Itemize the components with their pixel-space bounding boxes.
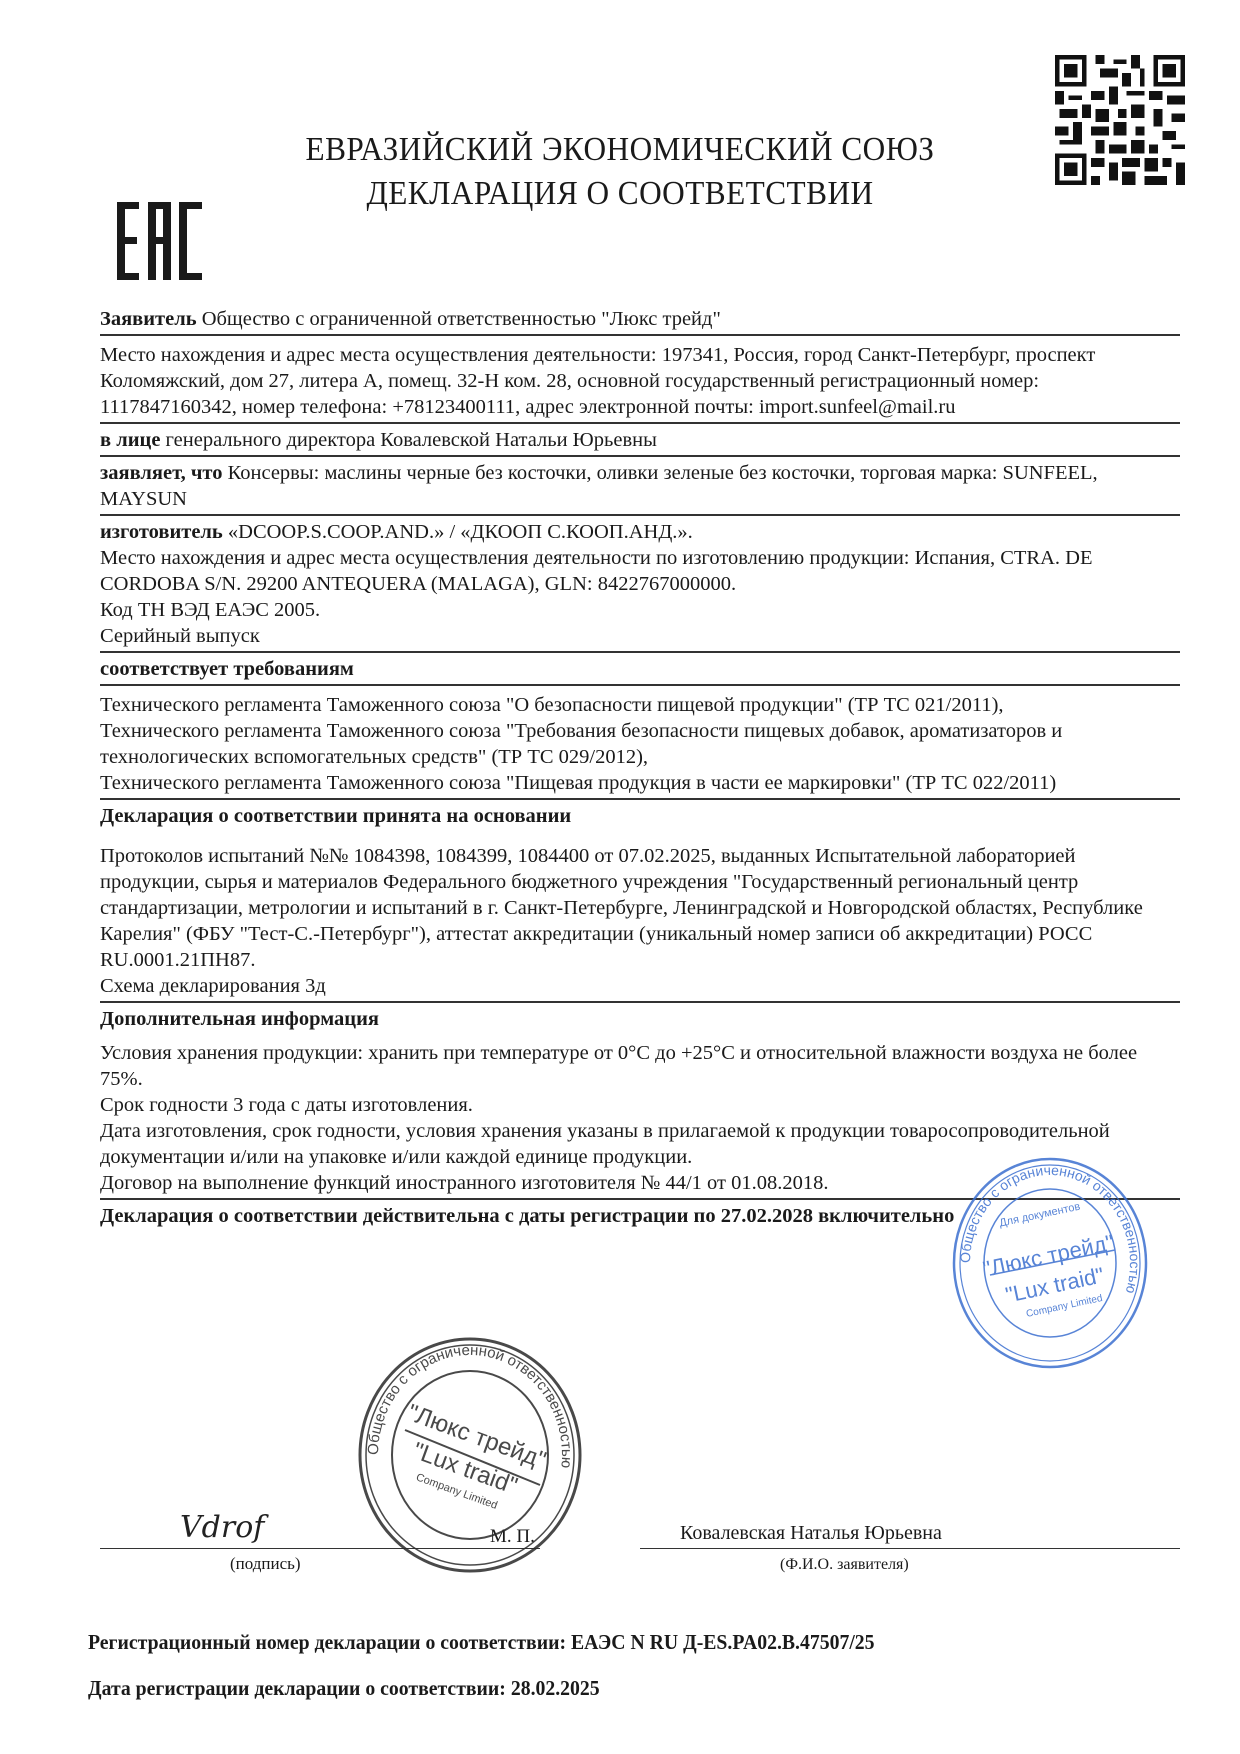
registration-number-label: Регистрационный номер декларации о соотв… (88, 1630, 566, 1654)
applicant-address-section: Место нахождения и адрес места осуществл… (100, 336, 1180, 424)
registration-date-line: Дата регистрации декларации о соответств… (88, 1676, 600, 1701)
additional-label-section: Дополнительная информация (100, 1003, 1180, 1034)
declaration-body: Заявитель Общество с ограниченной ответс… (100, 303, 1180, 1231)
basis-label: Декларация о соответствии принята на осн… (100, 803, 1180, 829)
conformity-label-section: соответствует требованиям (100, 653, 1180, 686)
name-caption: (Ф.И.О. заявителя) (780, 1556, 909, 1574)
document-title: ЕВРАЗИЙСКИЙ ЭКОНОМИЧЕСКИЙ СОЮЗ ДЕКЛАРАЦИ… (50, 128, 1191, 216)
registration-date-label: Дата регистрации декларации о соответств… (88, 1676, 506, 1700)
declares-label: заявляет, что (100, 462, 222, 484)
basis-section: Протоколов испытаний №№ 1084398, 1084399… (100, 831, 1180, 1003)
registration-date: 28.02.2025 (506, 1676, 600, 1700)
applicant-name: Ковалевская Наталья Юрьевна (680, 1522, 942, 1545)
storage-conditions: Условия хранения продукции: хранить при … (100, 1040, 1180, 1092)
signature-area: Vdrof (подпись) М. П. Ковалевская Наталь… (100, 1510, 1180, 1600)
eac-logo-icon (117, 202, 203, 280)
name-line (640, 1548, 1180, 1549)
additional-label: Дополнительная информация (100, 1006, 1180, 1032)
applicant-section: Заявитель Общество с ограниченной ответс… (100, 303, 1180, 336)
company-seal-blue-icon: Общество с ограниченной ответственностью… (950, 1155, 1150, 1370)
declaration-scheme: Схема декларирования 3д (100, 973, 1180, 999)
representative-value: генерального директора Ковалевской Натал… (160, 429, 656, 451)
manufacturer-label: изготовитель (100, 521, 223, 543)
regulation-item: Технического регламента Таможенного союз… (100, 770, 1180, 796)
handwritten-signature: Vdrof (180, 1510, 264, 1545)
company-seal-black-icon: Общество с ограниченной ответственностью… (355, 1335, 585, 1575)
signature-caption: (подпись) (230, 1554, 301, 1574)
basis-label-section: Декларация о соответствии принята на осн… (100, 800, 1180, 831)
manufacturer-value: «DCOOP.S.COOP.AND.» / «ДКООП С.КООП.АНД.… (223, 521, 693, 543)
title-line-2: ДЕКЛАРАЦИЯ О СООТВЕТСТВИИ (50, 172, 1191, 216)
conformity-label: соответствует требованиям (100, 656, 1180, 682)
regulation-item: Технического регламента Таможенного союз… (100, 692, 1180, 718)
basis-text: Протоколов испытаний №№ 1084398, 1084399… (100, 843, 1180, 973)
regulation-item: Технического регламента Таможенного союз… (100, 718, 1180, 770)
hs-code: Код ТН ВЭД ЕАЭС 2005. (100, 597, 1180, 623)
applicant-address: Место нахождения и адрес места осуществл… (100, 342, 1180, 420)
shelf-life: Срок годности 3 года с даты изготовления… (100, 1092, 1180, 1118)
product-description: Консервы: маслины черные без косточки, о… (100, 462, 1098, 510)
registration-number: ЕАЭС N RU Д-ES.PA02.B.47507/25 (566, 1630, 875, 1654)
title-line-1: ЕВРАЗИЙСКИЙ ЭКОНОМИЧЕСКИЙ СОЮЗ (50, 128, 1191, 172)
manufacturer-address: Место нахождения и адрес места осуществл… (100, 545, 1180, 597)
declares-section: заявляет, что Консервы: маслины черные б… (100, 457, 1180, 516)
svg-text:Для документов: Для документов (998, 1201, 1081, 1230)
conformity-section: Технического регламента Таможенного союз… (100, 686, 1180, 800)
representative-section: в лице генерального директора Ковалевско… (100, 424, 1180, 457)
manufacturer-section: изготовитель «DCOOP.S.COOP.AND.» / «ДКОО… (100, 516, 1180, 653)
production-type: Серийный выпуск (100, 623, 1180, 649)
qr-code-icon (1055, 55, 1185, 185)
applicant-value: Общество с ограниченной ответственностью… (197, 308, 721, 330)
applicant-label: Заявитель (100, 308, 197, 330)
representative-label: в лице (100, 429, 160, 451)
registration-number-line: Регистрационный номер декларации о соотв… (88, 1630, 875, 1655)
